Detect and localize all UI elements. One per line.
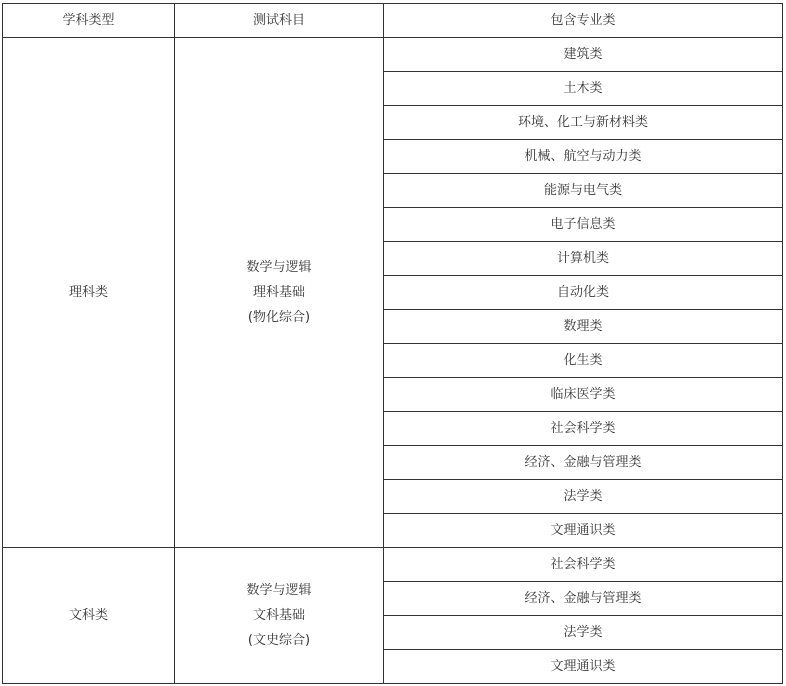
major-cell: 法学类 [384, 616, 783, 650]
discipline-subject-table: 学科类型 测试科目 包含专业类 理科类 数学与逻辑 理科基础 (物化综合) 建筑… [2, 3, 783, 684]
major-cell: 土木类 [384, 72, 783, 106]
table-row: 理科类 数学与逻辑 理科基础 (物化综合) 建筑类 [3, 38, 783, 72]
header-discipline-type: 学科类型 [3, 4, 175, 38]
test-subject-line: 理科基础 [175, 280, 383, 305]
discipline-type-science: 理科类 [3, 38, 175, 548]
header-row: 学科类型 测试科目 包含专业类 [3, 4, 783, 38]
test-subjects-science: 数学与逻辑 理科基础 (物化综合) [175, 38, 384, 548]
major-cell: 电子信息类 [384, 208, 783, 242]
test-subject-line: 数学与逻辑 [175, 255, 383, 280]
major-cell: 文理通识类 [384, 650, 783, 684]
major-cell: 文理通识类 [384, 514, 783, 548]
header-test-subjects: 测试科目 [175, 4, 384, 38]
major-cell: 化生类 [384, 344, 783, 378]
header-included-majors: 包含专业类 [384, 4, 783, 38]
major-cell: 经济、金融与管理类 [384, 446, 783, 480]
test-subjects-liberal-arts: 数学与逻辑 文科基础 (文史综合) [175, 548, 384, 684]
table-row: 文科类 数学与逻辑 文科基础 (文史综合) 社会科学类 [3, 548, 783, 582]
major-cell: 计算机类 [384, 242, 783, 276]
major-cell: 能源与电气类 [384, 174, 783, 208]
test-subject-line: (文史综合) [175, 628, 383, 653]
major-cell: 建筑类 [384, 38, 783, 72]
major-cell: 机械、航空与动力类 [384, 140, 783, 174]
major-cell: 数理类 [384, 310, 783, 344]
test-subject-line: 数学与逻辑 [175, 578, 383, 603]
test-subject-line: (物化综合) [175, 305, 383, 330]
test-subject-line: 文科基础 [175, 603, 383, 628]
major-cell: 环境、化工与新材料类 [384, 106, 783, 140]
major-cell: 临床医学类 [384, 378, 783, 412]
major-cell: 社会科学类 [384, 412, 783, 446]
major-cell: 经济、金融与管理类 [384, 582, 783, 616]
major-cell: 社会科学类 [384, 548, 783, 582]
discipline-type-liberal-arts: 文科类 [3, 548, 175, 684]
major-cell: 法学类 [384, 480, 783, 514]
major-cell: 自动化类 [384, 276, 783, 310]
